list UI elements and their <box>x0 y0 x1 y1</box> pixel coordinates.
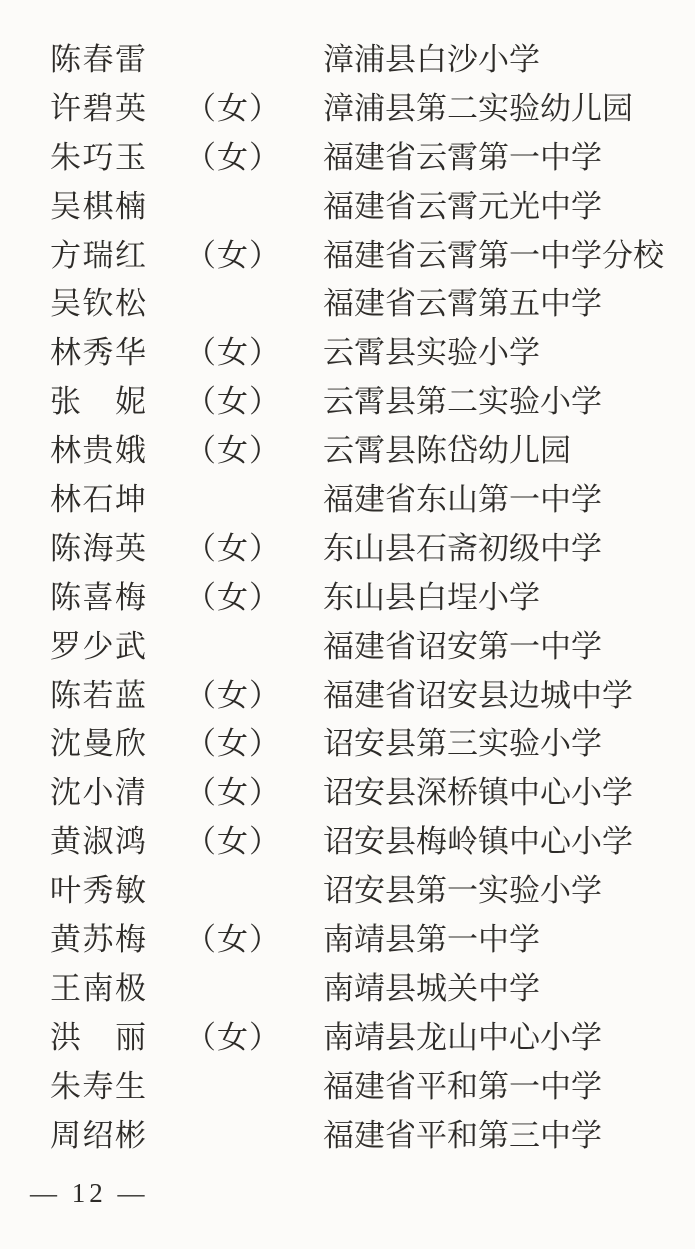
teacher-name: 朱寿生 <box>50 1071 146 1102</box>
school-name: 东山县石斋初级中学 <box>323 533 695 564</box>
school-name: 云霄县实验小学 <box>323 337 695 368</box>
gender-label: （女） <box>185 386 323 417</box>
school-name: 福建省诏安县边城中学 <box>323 680 695 711</box>
list-item: 朱巧玉 （女） 福建省云霄第一中学 <box>0 133 695 182</box>
teacher-name: 吴棋楠 <box>50 191 146 222</box>
school-name: 南靖县城关中学 <box>323 973 695 1004</box>
list-item: 黄苏梅 （女） 南靖县第一中学 <box>0 915 695 964</box>
gender-label: （女） <box>185 777 323 808</box>
school-name: 福建省云霄元光中学 <box>323 191 695 222</box>
school-name: 诏安县深桥镇中心小学 <box>323 777 695 808</box>
teacher-name: 方瑞红 <box>50 240 146 271</box>
list-item: 林秀华 （女） 云霄县实验小学 <box>0 328 695 377</box>
teacher-name: 王南极 <box>50 973 146 1004</box>
school-name: 福建省云霄第五中学 <box>323 288 695 319</box>
gender-label: （女） <box>185 582 323 613</box>
teacher-name: 陈喜梅 <box>50 582 146 613</box>
teacher-name: 吴钦松 <box>50 288 146 319</box>
teacher-name: 林秀华 <box>50 337 146 368</box>
teacher-name: 陈春雷 <box>50 44 146 75</box>
school-name: 南靖县第一中学 <box>323 924 695 955</box>
list-item: 吴钦松 福建省云霄第五中学 <box>0 279 695 328</box>
gender-label: （女） <box>185 240 323 271</box>
list-item: 陈喜梅 （女） 东山县白埕小学 <box>0 573 695 622</box>
gender-label: （女） <box>185 142 323 173</box>
teacher-name: 黄苏梅 <box>50 924 146 955</box>
teacher-name: 沈曼欣 <box>50 728 146 759</box>
teacher-name: 许碧英 <box>50 93 146 124</box>
school-name: 诏安县第三实验小学 <box>323 728 695 759</box>
school-name: 漳浦县第二实验幼儿园 <box>323 93 695 124</box>
page-number: — 12 — <box>30 1178 149 1209</box>
school-name: 福建省云霄第一中学 <box>323 142 695 173</box>
gender-label: （女） <box>185 924 323 955</box>
gender-label: （女） <box>185 533 323 564</box>
list-item: 周绍彬 福建省平和第三中学 <box>0 1111 695 1160</box>
list-item: 陈若蓝 （女） 福建省诏安县边城中学 <box>0 671 695 720</box>
school-name: 云霄县第二实验小学 <box>323 386 695 417</box>
list-item: 王南极 南靖县城关中学 <box>0 964 695 1013</box>
teacher-name: 朱巧玉 <box>50 142 146 173</box>
teacher-name: 张妮 <box>50 386 146 417</box>
list-item: 叶秀敏 诏安县第一实验小学 <box>0 866 695 915</box>
school-name: 南靖县龙山中心小学 <box>323 1022 695 1053</box>
gender-label: （女） <box>185 93 323 124</box>
teacher-name: 罗少武 <box>50 631 146 662</box>
teacher-list: 陈春雷 漳浦县白沙小学 许碧英 （女） 漳浦县第二实验幼儿园 朱巧玉 （女） 福… <box>0 35 695 1159</box>
school-name: 诏安县第一实验小学 <box>323 875 695 906</box>
list-item: 洪丽 （女） 南靖县龙山中心小学 <box>0 1013 695 1062</box>
school-name: 东山县白埕小学 <box>323 582 695 613</box>
school-name: 漳浦县白沙小学 <box>323 44 695 75</box>
teacher-name: 陈海英 <box>50 533 146 564</box>
list-item: 张妮 （女） 云霄县第二实验小学 <box>0 377 695 426</box>
document-page: 陈春雷 漳浦县白沙小学 许碧英 （女） 漳浦县第二实验幼儿园 朱巧玉 （女） 福… <box>0 0 695 1249</box>
school-name: 福建省诏安第一中学 <box>323 631 695 662</box>
list-item: 朱寿生 福建省平和第一中学 <box>0 1062 695 1111</box>
teacher-name: 周绍彬 <box>50 1120 146 1151</box>
list-item: 黄淑鸿 （女） 诏安县梅岭镇中心小学 <box>0 817 695 866</box>
list-item: 陈海英 （女） 东山县石斋初级中学 <box>0 524 695 573</box>
list-item: 罗少武 福建省诏安第一中学 <box>0 622 695 671</box>
gender-label: （女） <box>185 435 323 466</box>
school-name: 诏安县梅岭镇中心小学 <box>323 826 695 857</box>
gender-label: （女） <box>185 826 323 857</box>
school-name: 福建省平和第一中学 <box>323 1071 695 1102</box>
teacher-name: 洪丽 <box>50 1022 146 1053</box>
teacher-name: 林石坤 <box>50 484 146 515</box>
list-item: 林贵娥 （女） 云霄县陈岱幼儿园 <box>0 426 695 475</box>
list-item: 沈曼欣 （女） 诏安县第三实验小学 <box>0 719 695 768</box>
list-item: 林石坤 福建省东山第一中学 <box>0 475 695 524</box>
teacher-name: 林贵娥 <box>50 435 146 466</box>
teacher-name: 叶秀敏 <box>50 875 146 906</box>
list-item: 吴棋楠 福建省云霄元光中学 <box>0 182 695 231</box>
gender-label: （女） <box>185 337 323 368</box>
gender-label: （女） <box>185 1022 323 1053</box>
list-item: 方瑞红 （女） 福建省云霄第一中学分校 <box>0 231 695 280</box>
school-name: 福建省东山第一中学 <box>323 484 695 515</box>
school-name: 福建省云霄第一中学分校 <box>323 240 695 271</box>
school-name: 云霄县陈岱幼儿园 <box>323 435 695 466</box>
list-item: 沈小清 （女） 诏安县深桥镇中心小学 <box>0 768 695 817</box>
gender-label: （女） <box>185 680 323 711</box>
teacher-name: 沈小清 <box>50 777 146 808</box>
teacher-name: 陈若蓝 <box>50 680 146 711</box>
list-item: 陈春雷 漳浦县白沙小学 <box>0 35 695 84</box>
teacher-name: 黄淑鸿 <box>50 826 146 857</box>
list-item: 许碧英 （女） 漳浦县第二实验幼儿园 <box>0 84 695 133</box>
school-name: 福建省平和第三中学 <box>323 1120 695 1151</box>
gender-label: （女） <box>185 728 323 759</box>
